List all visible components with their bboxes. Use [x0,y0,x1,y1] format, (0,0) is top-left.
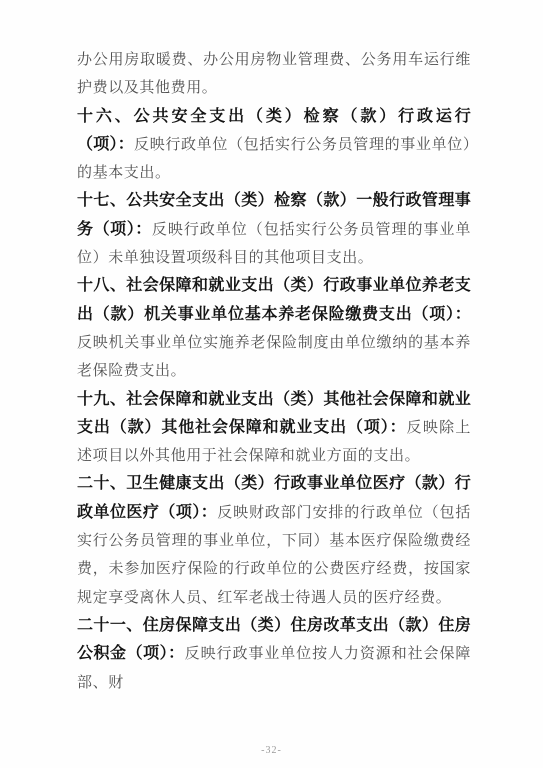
paragraph-body: 办公用房取暖费、办公用房物业管理费、公务用车运行维护费以及其他费用。 [77,52,471,96]
paragraph-continuation: 办公用房取暖费、办公用房物业管理费、公务用车运行维护费以及其他费用。 [77,46,471,103]
paragraph-section-17: 十七、公共安全支出（类）检察（款）一般行政管理事务（项）：反映行政单位（包括实行… [77,187,471,272]
paragraph-section-20: 二十、卫生健康支出（类）行政事业单位医疗（款）行政单位医疗（项）：反映财政部门安… [77,470,471,611]
paragraph-section-21: 二十一、住房保障支出（类）住房改革支出（款）住房公积金（项）：反映行政事业单位按… [77,612,471,697]
paragraph-section-19: 十九、社会保障和就业支出（类）其他社会保障和就业支出（款）其他社会保障和就业支出… [77,386,471,471]
page-number: -32- [0,745,543,756]
paragraph-section-16: 十六、公共安全支出（类）检察（款）行政运行（项）：反映行政单位（包括实行公务员管… [77,103,471,188]
document-body: 办公用房取暖费、办公用房物业管理费、公务用车运行维护费以及其他费用。 十六、公共… [77,46,471,697]
section-heading: 十八、社会保障和就业支出（类）行政事业单位养老支出（款）机关事业单位基本养老保险… [77,277,471,322]
paragraph-section-18: 十八、社会保障和就业支出（类）行政事业单位养老支出（款）机关事业单位基本养老保险… [77,272,471,385]
paragraph-body: 反映机关事业单位实施养老保险制度由单位缴纳的基本养老保险费支出。 [77,335,471,379]
document-page: 办公用房取暖费、办公用房物业管理费、公务用车运行维护费以及其他费用。 十六、公共… [0,0,543,768]
paragraph-body: 反映行政单位（包括实行公务员管理的事业单位）的基本支出。 [77,137,471,181]
